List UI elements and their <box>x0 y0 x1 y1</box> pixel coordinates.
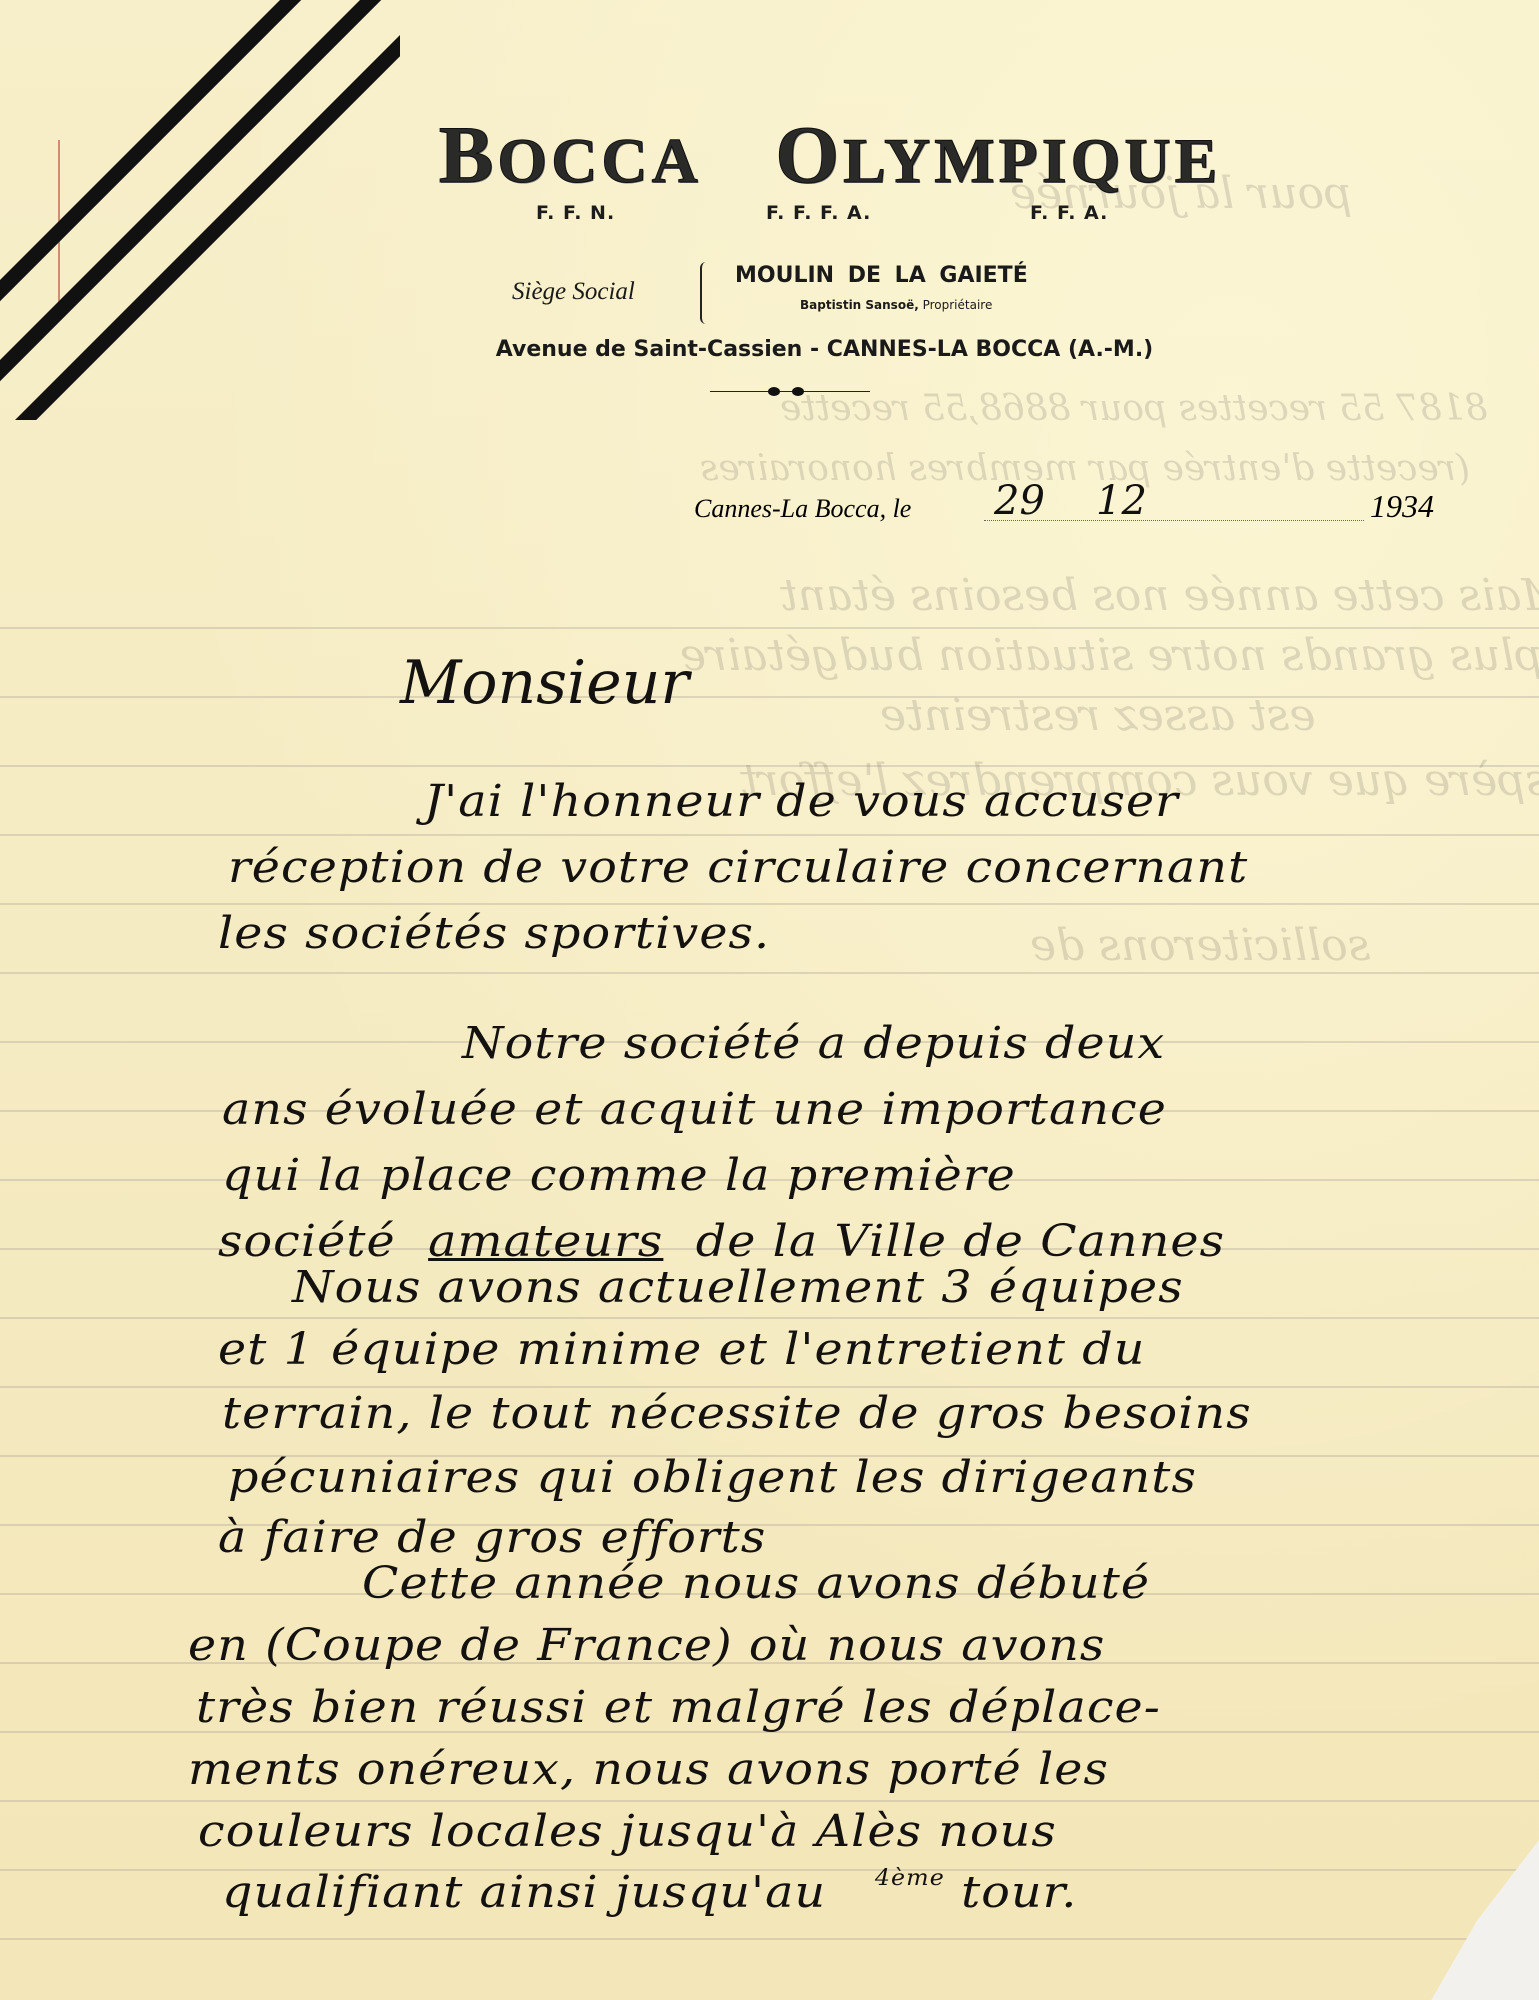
letter-line: couleurs locales jusqu'à Alès nous <box>198 1806 1057 1857</box>
federation-ffa: F. F. A. <box>1030 202 1108 224</box>
letter-line: Cette année nous avons débuté <box>362 1558 1150 1609</box>
date-month: 12 <box>1096 478 1147 524</box>
proprietor-title: Propriétaire <box>923 298 993 312</box>
letter-line: très bien réussi et malgré les déplace- <box>196 1682 1161 1733</box>
ornament-line <box>710 391 870 392</box>
letter-line: société amateurs de la Ville de Cannes <box>218 1216 1225 1267</box>
ornament-dot <box>792 387 804 396</box>
letter-line: ans évoluée et acquit une importance <box>222 1084 1167 1135</box>
letter-line: qui la place comme la première <box>222 1150 1016 1201</box>
letter-word: tour. <box>961 1867 1077 1918</box>
letter-line: et 1 équipe minime et l'entretient du <box>218 1324 1145 1375</box>
letter-line: Notre société a depuis deux <box>462 1018 1165 1069</box>
federation-fffa: F. F. F. A. <box>766 202 871 224</box>
bleed-through-line: est assez restreinte <box>880 690 1315 741</box>
date-year: 1934 <box>1370 488 1434 525</box>
bleed-through-line: solliciterons de <box>1030 920 1370 971</box>
letter-word: de la Ville de Cannes <box>696 1216 1225 1267</box>
ornament-divider <box>710 387 870 397</box>
club-name-word: OCCA <box>497 125 701 196</box>
bleed-through-line: Mais cette année nos besoins étant <box>780 570 1539 621</box>
bleed-through-line: (recette d'entrée par membres honoraires <box>700 448 1470 489</box>
letter-line: réception de votre circulaire concernant <box>228 842 1248 893</box>
address: Avenue de Saint-Cassien - CANNES-LA BOCC… <box>0 337 1539 362</box>
letter-line: qualifiant ainsi jusqu'au 4ème tour. <box>222 1866 1077 1918</box>
seat-name: MOULIN DE LA GAIETÉ <box>735 263 1028 288</box>
letter-line: pécuniaires qui obligent les dirigeants <box>228 1452 1197 1503</box>
letter-sheet: pour la journée 8187 55 recettes pour 88… <box>0 0 1539 2000</box>
letter-line: J'ai l'honneur de vous accuser <box>424 776 1179 827</box>
brace-divider <box>700 262 710 324</box>
club-name: BOCCA OLYMPIQUE <box>310 108 1350 202</box>
ornament-dot <box>768 387 780 396</box>
letter-line: en (Coupe de France) où nous avons <box>188 1620 1105 1671</box>
letter-line: les sociétés sportives. <box>218 908 770 959</box>
letter-line: Nous avons actuellement 3 équipes <box>292 1262 1184 1313</box>
proprietor-name: Baptistin Sansoë, <box>800 298 919 312</box>
letter-word-underlined: amateurs <box>428 1216 663 1267</box>
club-name-initial: O <box>775 109 843 200</box>
federation-ffn: F. F. N. <box>536 202 615 224</box>
letter-word: qualifiant ainsi jusqu'au <box>222 1867 826 1918</box>
dateline: Cannes-La Bocca, le 29 12 1934 <box>694 490 1434 530</box>
proprietor: Baptistin Sansoë, Propriétaire <box>800 298 992 312</box>
date-day: 29 <box>994 478 1045 524</box>
bleed-through-line: 8187 55 recettes pour 8868,55 recette <box>780 388 1488 429</box>
letter-line: terrain, le tout nécessite de gros besoi… <box>222 1388 1252 1439</box>
letter-line: ments onéreux, nous avons porté les <box>188 1744 1109 1795</box>
seat-label: Siège Social <box>512 278 635 306</box>
ordinal-superscript: 4ème <box>875 1866 945 1891</box>
bleed-through-line: plus grands notre situation budgétaire <box>680 630 1539 681</box>
letter-word: société <box>218 1216 396 1267</box>
date-place: Cannes-La Bocca, le <box>694 494 911 524</box>
salutation: Monsieur <box>400 648 689 718</box>
club-name-word: LYMPIQUE <box>843 125 1221 196</box>
club-name-initial: B <box>439 109 498 200</box>
letter-line: à faire de gros efforts <box>218 1512 766 1563</box>
